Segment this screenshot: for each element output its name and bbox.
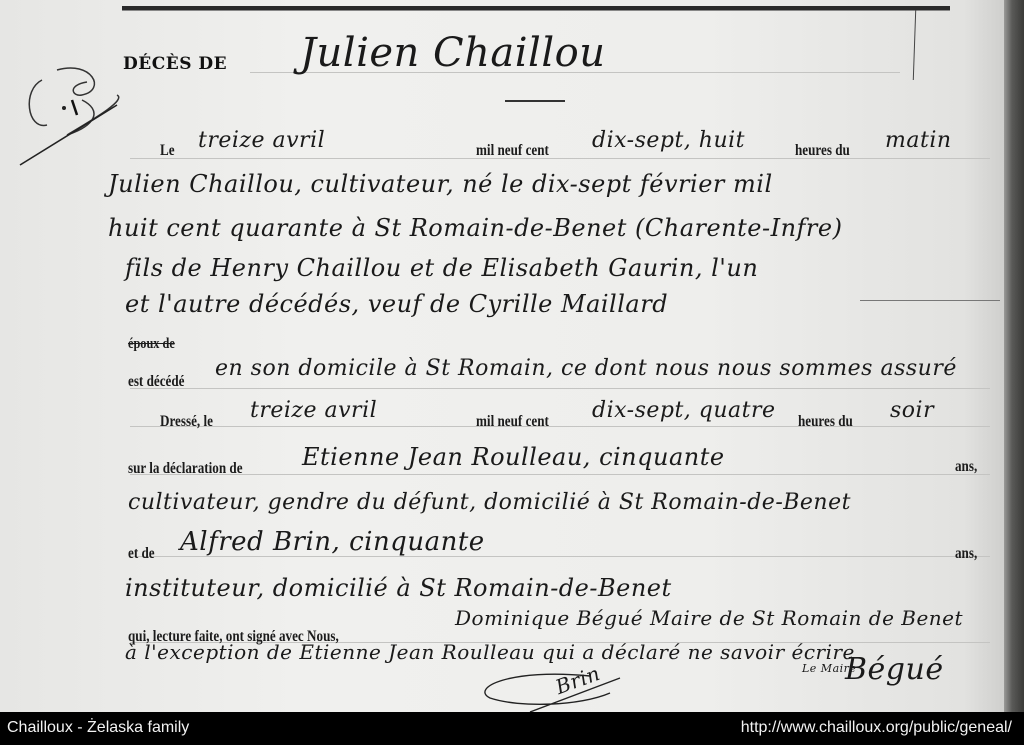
source-url: http://www.chailloux.org/public/geneal/	[741, 719, 1012, 737]
handwritten-line-4: fils de Henry Chaillou et de Elisabeth G…	[125, 254, 758, 282]
ornament-divider	[505, 100, 565, 106]
caption-bar: Chailloux - Żelaska family http://www.ch…	[0, 712, 1024, 745]
printed-dresse-le: Dressé, le	[160, 413, 213, 431]
printed-declaration: sur la déclaration de	[128, 460, 243, 478]
printed-le: Le	[160, 142, 175, 160]
declarant-1: Etienne Jean Roulleau, cinquante	[302, 443, 725, 471]
handwritten-line-3: huit cent quarante à St Romain-de-Benet …	[108, 214, 842, 242]
ruled-line	[130, 388, 990, 389]
book-page-edge	[1004, 0, 1024, 712]
printed-ans-1: ans,	[955, 458, 977, 476]
ruled-line	[130, 474, 990, 475]
handwritten-line-5: et l'autre décédés, veuf de Cyrille Mail…	[125, 290, 668, 318]
handwritten-death-place: en son domicile à St Romain, ce dont nou…	[215, 356, 957, 381]
mayor-statement: Dominique Bégué Maire de St Romain de Be…	[455, 606, 963, 630]
printed-spouse-struck: époux de	[128, 336, 175, 353]
drawn-year-hour: dix-sept, quatre	[592, 398, 776, 423]
record-type-heading: DÉCÈS DE	[123, 54, 227, 74]
printed-year-prefix-2: mil neuf cent	[476, 413, 549, 431]
death-day-month: treize avril	[198, 128, 325, 153]
handwritten-line-13: à l'exception de Etienne Jean Roulleau q…	[125, 640, 855, 664]
printed-ans-2: ans,	[955, 545, 977, 563]
mayor-signature: Bégué	[845, 652, 944, 687]
printed-year-prefix: mil neuf cent	[476, 142, 549, 160]
margin-number-annotation	[12, 60, 132, 170]
printed-et-de: et de	[128, 545, 155, 563]
printed-est-decede: est décédé	[128, 373, 184, 391]
death-year-hour: dix-sept, huit	[592, 128, 745, 153]
scanned-document-page: N° 15 DÉCÈS DE Julien Chaillou Le treize…	[0, 0, 1004, 712]
handwritten-line-11: instituteur, domicilié à St Romain-de-Be…	[125, 574, 672, 602]
family-caption: Chailloux - Żelaska family	[7, 719, 189, 737]
printed-hours-2: heures du	[798, 413, 853, 431]
line-filler-stroke	[860, 300, 1000, 301]
deceased-name-heading: Julien Chaillou	[300, 30, 605, 76]
drawn-time-of-day: soir	[890, 398, 934, 423]
ruled-line	[130, 158, 990, 159]
signature-flourish	[470, 668, 650, 712]
handwritten-line-2: Julien Chaillou, cultivateur, né le dix-…	[108, 170, 773, 198]
death-time-of-day: matin	[885, 128, 952, 153]
handwritten-line-9: cultivateur, gendre du défunt, domicilié…	[128, 490, 851, 515]
declarant-2: Alfred Brin, cinquante	[180, 527, 485, 557]
drawn-day-month: treize avril	[250, 398, 377, 423]
margin-line	[913, 10, 916, 80]
printed-hours: heures du	[795, 142, 850, 160]
top-border-rule	[122, 6, 950, 11]
ruled-line	[130, 426, 990, 427]
